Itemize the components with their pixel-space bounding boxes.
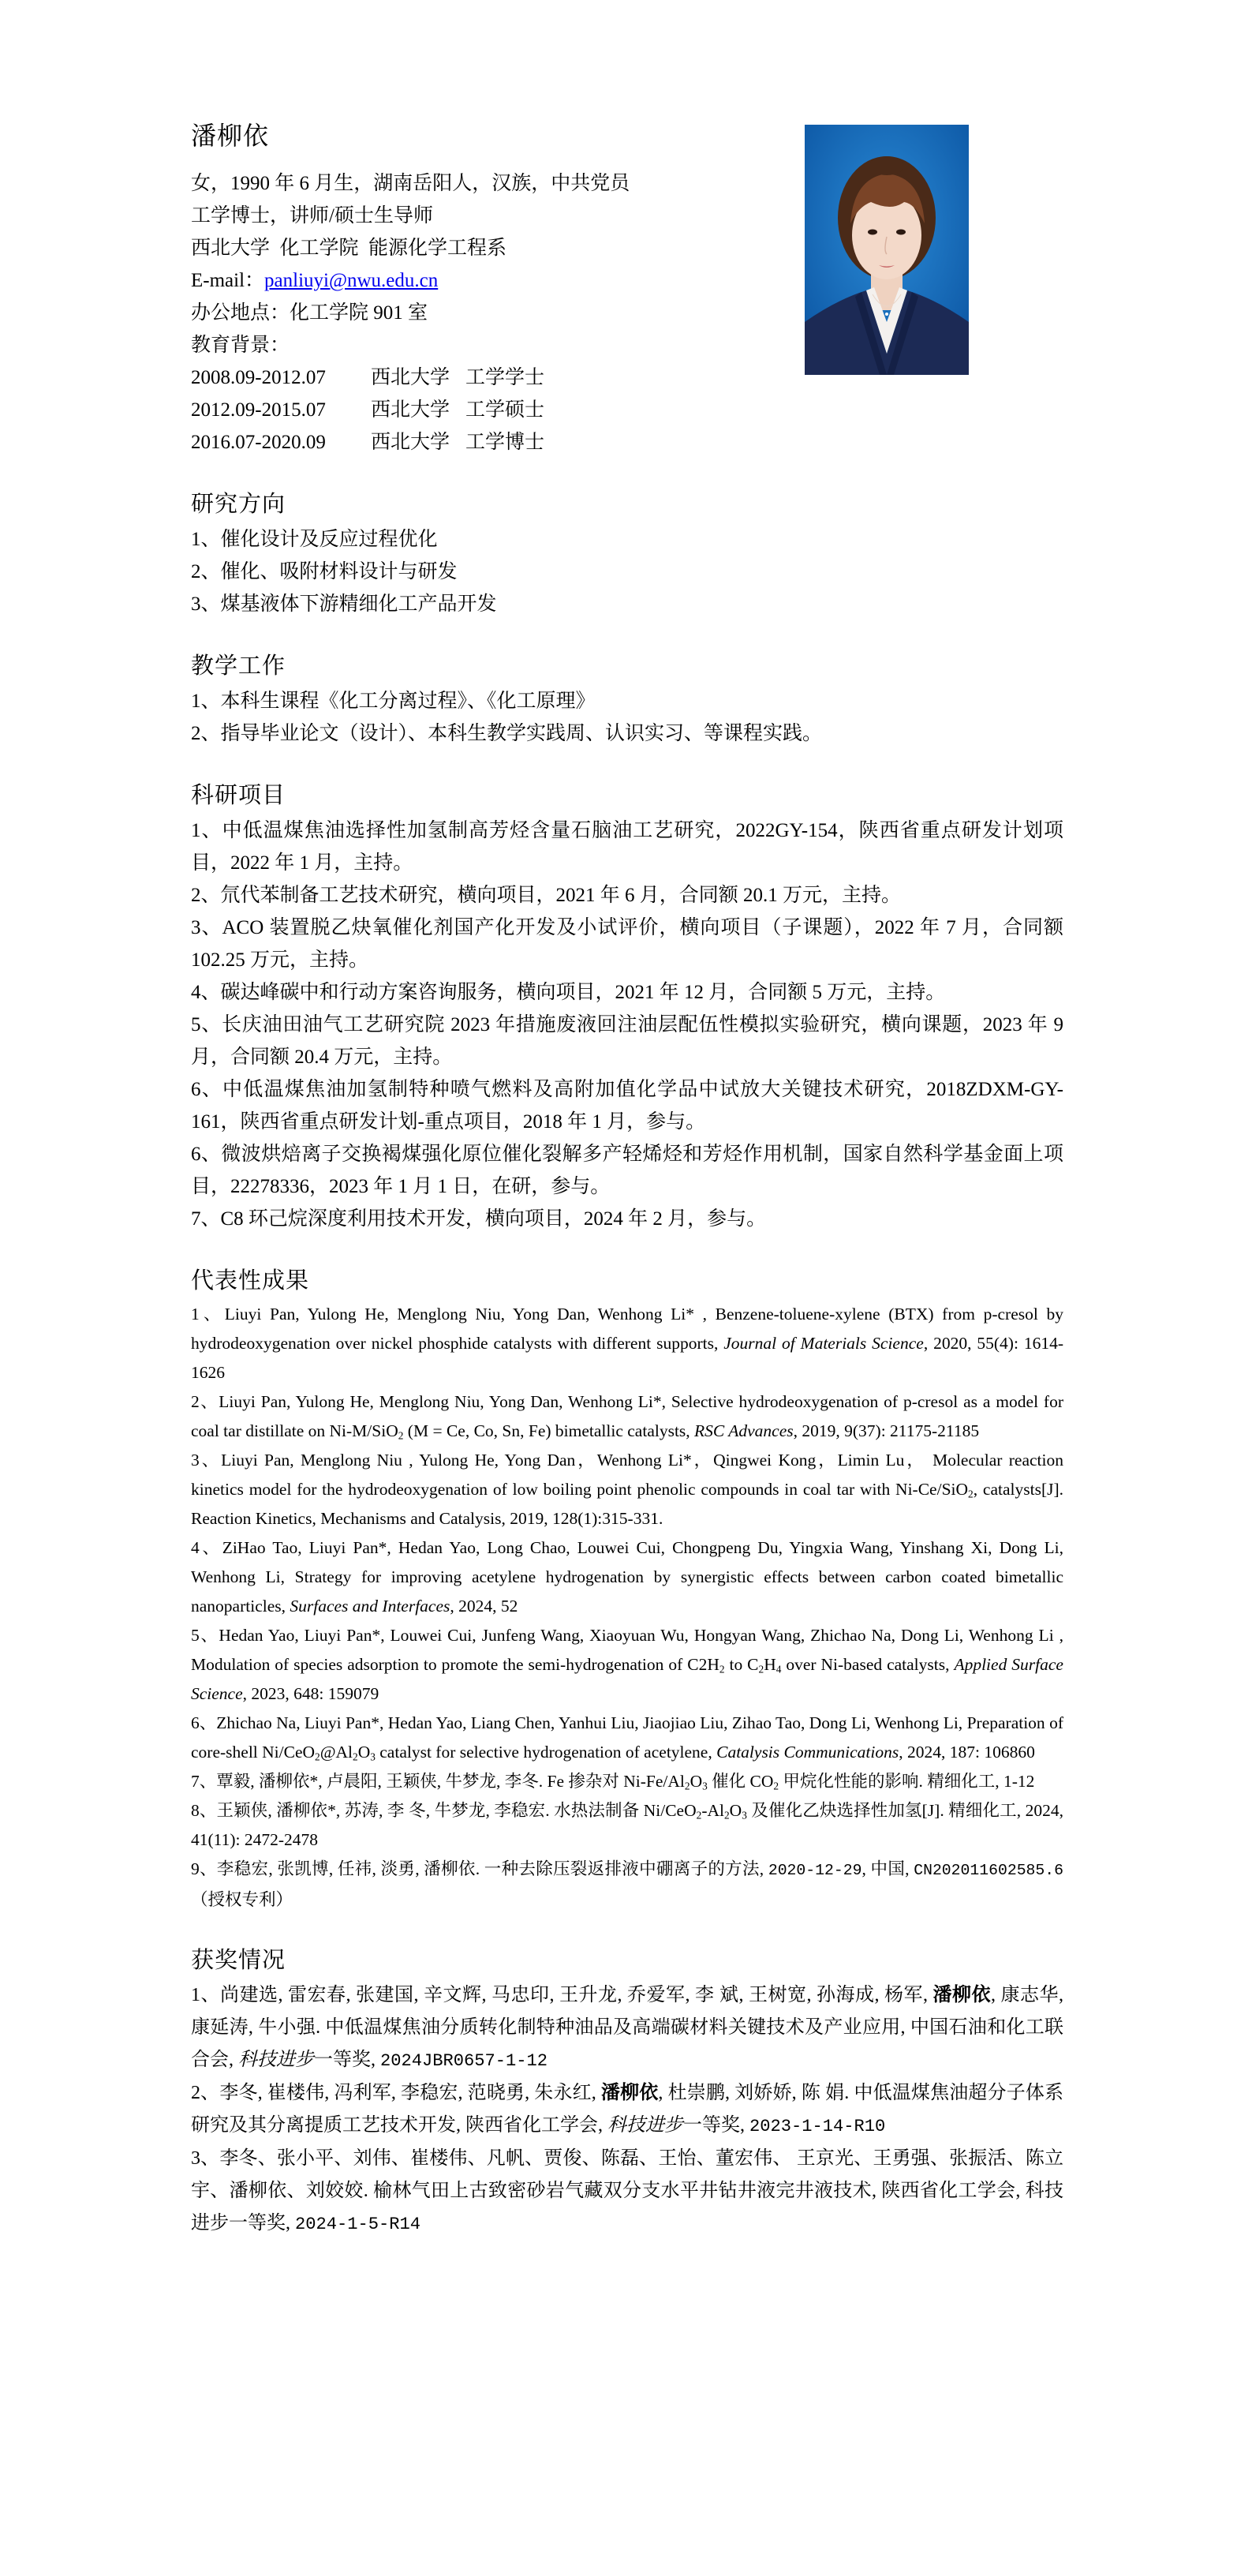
subscript: 4 [776,1663,782,1675]
list-item: 3、煤基液体下游精细化工产品开发 [191,588,1063,620]
publication-item: 6、Zhichao Na, Liuyi Pan*, Hedan Yao, Lia… [191,1709,1063,1767]
mono-text: CN202011602585.6 [914,1862,1063,1879]
subscript: 2 [353,1750,358,1762]
subscript: 2 [398,1429,404,1441]
subscript: 3 [702,1780,708,1792]
email-label: E-mail： [191,270,264,291]
education-school: 西北大学 [371,426,465,459]
italic-text: 科技进步 [238,2050,314,2070]
education-dates: 2016.07-2020.09 [191,426,371,459]
award-item: 2、李冬, 崔楼伟, 冯利军, 李稳宏, 范晓勇, 朱永红, 潘柳依, 杜崇鹏,… [191,2077,1063,2143]
list-item: 1、催化设计及反应过程优化 [191,523,1063,556]
education-row: 2016.07-2020.09 西北大学 工学博士 [191,426,1063,459]
list-item: 2、催化、吸附材料设计与研发 [191,556,1063,588]
subscript: 2 [773,1780,779,1792]
italic-text: Catalysis Communications [716,1743,899,1762]
subscript: 2 [719,1663,725,1675]
award-item: 1、尚建选, 雷宏春, 张建国, 辛文辉, 马忠印, 王升龙, 乔爱军, 李 斌… [191,1979,1063,2077]
email-link[interactable]: panliuyi@nwu.edu.cn [264,270,438,291]
project-item: 6、微波烘焙离子交换褐煤强化原位催化裂解多产轻烯烃和芳烃作用机制，国家自然科学基… [191,1138,1063,1203]
section-projects: 科研项目 1、中低温煤焦油选择性加氢制高芳烃含量石脑油工艺研究，2022GY-1… [191,780,1063,1235]
subscript: 2 [968,1488,974,1500]
section-awards: 获奖情况 1、尚建选, 雷宏春, 张建国, 辛文辉, 马忠印, 王升龙, 乔爱军… [191,1945,1063,2241]
subscript: 2 [759,1663,764,1675]
italic-text: 科技进步 [607,2115,683,2136]
resume-page: 潘柳依 女，1990 年 6 月生，湖南岳阳人，汉族，中共党员 工学博士，讲师/… [191,118,1063,2241]
publication-item: 2、Liuyi Pan, Yulong He, Menglong Niu, Yo… [191,1387,1063,1446]
publication-item: 9、李稳宏, 张凯博, 任祎, 淡勇, 潘柳依. 一种去除压裂返排液中硼离子的方… [191,1855,1063,1915]
project-item: 7、C8 环己烷深度利用技术开发，横向项目，2024 年 2 月，参与。 [191,1203,1063,1235]
education-degree: 工学博士 [465,426,544,459]
project-item: 3、ACO 装置脱乙炔氧催化剂国产化开发及小试评价，横向项目（子课题），2022… [191,912,1063,976]
bold-text: 潘柳依 [933,1985,992,2005]
education-dates: 2008.09-2012.07 [191,361,371,394]
subscript: 3 [370,1750,376,1762]
mono-text: 2020-12-29 [768,1862,862,1879]
mono-text: 2024-1-5-R14 [295,2215,420,2234]
subscript: 2 [685,1780,690,1792]
education-degree: 工学学士 [465,361,544,394]
italic-text: Journal of Materials Science [723,1334,924,1353]
project-item: 1、中低温煤焦油选择性加氢制高芳烃含量石脑油工艺研究，2022GY-154，陕西… [191,814,1063,879]
portrait-illustration [805,125,969,375]
award-item: 3、李冬、张小平、刘伟、崔楼伟、凡帆、贾俊、陈磊、王怡、董宏伟、 王京光、王勇强… [191,2143,1063,2241]
subscript: 2 [724,1809,730,1821]
mono-text: 2023-1-14-R10 [749,2117,885,2136]
publication-item: 4、ZiHao Tao, Liuyi Pan*, Hedan Yao, Long… [191,1533,1063,1621]
bold-text: 潘柳依 [601,2083,658,2103]
section-title: 获奖情况 [191,1945,1063,1976]
project-item: 5、长庆油田油气工艺研究院 2023 年措施废液回注油层配伍性模拟实验研究，横向… [191,1009,1063,1073]
section-teaching: 教学工作 1、本科生课程《化工分离过程》、《化工原理》 2、指导毕业论文（设计）… [191,650,1063,750]
list-item: 1、本科生课程《化工分离过程》、《化工原理》 [191,685,1063,717]
education-school: 西北大学 [371,361,465,394]
publication-item: 7、覃毅, 潘柳依*, 卢晨阳, 王颖侠, 牛梦龙, 李冬. Fe 掺杂对 Ni… [191,1767,1063,1796]
section-title: 研究方向 [191,489,1063,520]
portrait-photo [805,125,969,375]
section-title: 教学工作 [191,650,1063,682]
italic-text: Surfaces and Interfaces [290,1597,450,1616]
project-item: 4、碳达峰碳中和行动方案咨询服务，横向项目，2021 年 12 月，合同额 5 … [191,976,1063,1009]
section-title: 代表性成果 [191,1265,1063,1297]
publication-item: 1、Liuyi Pan, Yulong He, Menglong Niu, Yo… [191,1300,1063,1387]
education-dates: 2012.09-2015.07 [191,394,371,426]
section-title: 科研项目 [191,780,1063,811]
mono-text: 2024JBR0657-1-12 [380,2051,548,2071]
publication-item: 8、王颖侠, 潘柳依*, 苏涛, 李 冬, 牛梦龙, 李稳宏. 水热法制备 Ni… [191,1796,1063,1855]
education-row: 2012.09-2015.07 西北大学 工学硕士 [191,394,1063,426]
project-item: 2、氘代苯制备工艺技术研究，横向项目，2021 年 6 月，合同额 20.1 万… [191,879,1063,912]
subscript: 2 [315,1750,320,1762]
italic-text: Applied Surface Science [191,1655,1063,1703]
education-list: 2008.09-2012.07 西北大学 工学学士 2012.09-2015.0… [191,361,1063,459]
publication-item: 3、Liuyi Pan, Menglong Niu , Yulong He, Y… [191,1446,1063,1533]
list-item: 2、指导毕业论文（设计）、本科生教学实践周、认识实习、等课程实践。 [191,717,1063,750]
section-publications: 代表性成果 1、Liuyi Pan, Yulong He, Menglong N… [191,1265,1063,1915]
project-item: 6、中低温煤焦油加氢制特种喷气燃料及高附加值化学品中试放大关键技术研究，2018… [191,1073,1063,1138]
publication-item: 5、Hedan Yao, Liuyi Pan*, Louwei Cui, Jun… [191,1621,1063,1709]
subscript: 3 [742,1809,747,1821]
education-degree: 工学硕士 [465,394,544,426]
education-school: 西北大学 [371,394,465,426]
section-research-directions: 研究方向 1、催化设计及反应过程优化 2、催化、吸附材料设计与研发 3、煤基液体… [191,489,1063,620]
subscript: 2 [697,1809,702,1821]
italic-text: RSC Advances [694,1421,794,1440]
